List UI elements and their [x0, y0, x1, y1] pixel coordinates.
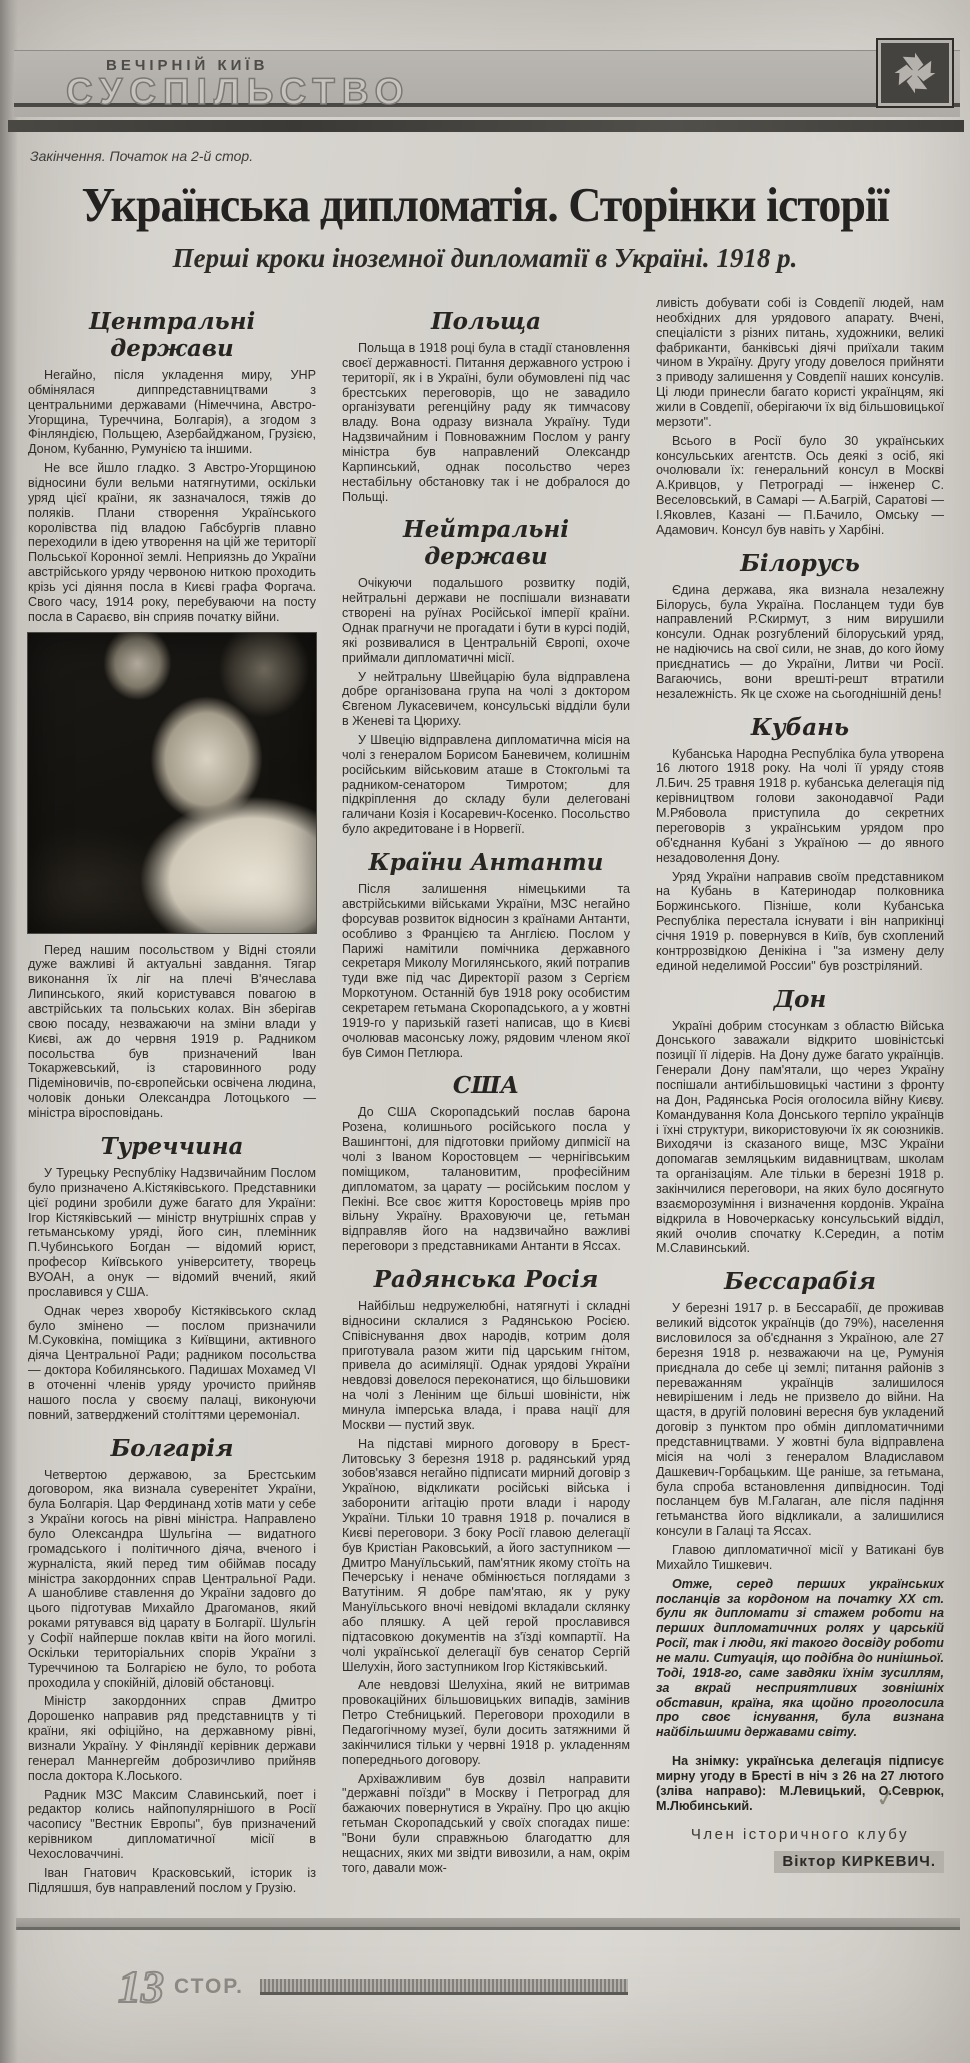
- body-paragraph: Польща в 1918 році була в стадії становл…: [342, 341, 630, 504]
- article-title: Українська дипломатія. Сторінки історії: [10, 176, 960, 232]
- body-paragraph: Негайно, після укладення миру, УНР обмін…: [28, 368, 316, 457]
- article-column-3: ливість добувати собі із Совдепії людей,…: [656, 296, 944, 1900]
- section-heading: Бессарабія: [656, 1268, 944, 1295]
- body-paragraph: На підставі мирного договору в Брест-Лит…: [342, 1437, 630, 1675]
- body-paragraph: У Турецьку Республіку Надзвичайним Посло…: [28, 1166, 316, 1300]
- section-heading: Країни Антанти: [342, 849, 630, 876]
- body-paragraph: Однак через хворобу Кістяківського склад…: [28, 1304, 316, 1423]
- body-paragraph: Іван Гнатович Красковський, історик із П…: [28, 1866, 316, 1896]
- section-heading: США: [342, 1072, 630, 1099]
- newspaper-sheet: ВЕЧІРНІЙ КИЇВ СУСПІЛЬСТВО Зак: [0, 0, 970, 2063]
- page-number: 13: [118, 1964, 164, 2010]
- delegation-photo: [28, 633, 316, 933]
- masthead: ВЕЧІРНІЙ КИЇВ СУСПІЛЬСТВО: [0, 0, 970, 132]
- scan-edge-shadow: [0, 0, 18, 2063]
- body-paragraph: Уряд України направив своїм представнико…: [656, 870, 944, 974]
- body-paragraph: Очікуючи подальшого розвитку подій, нейт…: [342, 576, 630, 665]
- body-paragraph: Главою дипломатичної місії у Ватикані бу…: [656, 1543, 944, 1573]
- section-heading: Білорусь: [656, 550, 944, 577]
- article-column-1: Центральні державиНегайно, після укладен…: [28, 296, 316, 1900]
- byline-club: Член історичного клубу: [656, 1826, 944, 1844]
- body-paragraph: Найбільш недружелюбні, натягнуті і склад…: [342, 1299, 630, 1433]
- article-columns: Центральні державиНегайно, після укладен…: [0, 292, 970, 1900]
- section-heading: Польща: [342, 308, 630, 335]
- body-paragraph: Міністр закордонних справ Дмитро Дорошен…: [28, 1694, 316, 1783]
- article-subtitle: Перші кроки іноземної дипломатії в Украї…: [0, 243, 970, 274]
- body-paragraph: У нейтральну Швейцарію була відправлена …: [342, 670, 630, 729]
- body-paragraph: Україні добрим стосункам з областю Війсь…: [656, 1019, 944, 1257]
- body-paragraph: Після залишення німецькими та австрійськ…: [342, 882, 630, 1060]
- section-heading: Центральні держави: [28, 308, 316, 362]
- body-paragraph: У Швецію відправлена дипломатична місія …: [342, 733, 630, 837]
- body-paragraph: Кубанська Народна Республіка була утворе…: [656, 747, 944, 866]
- footer-stripes: [260, 1979, 628, 1995]
- section-title: СУСПІЛЬСТВО: [66, 71, 410, 113]
- body-paragraph: Не все йшло гладко. З Австро-Угорщиною в…: [28, 461, 316, 624]
- body-paragraph: Але невдовзі Шелухіна, який не витримав …: [342, 1678, 630, 1767]
- section-heading: Радянська Росія: [342, 1266, 630, 1293]
- scanned-newspaper-page: { "masthead": { "paper_name": "ВЕЧІРНІЙ …: [0, 0, 970, 2063]
- page-footer: 13 СТОР.: [0, 1930, 970, 2010]
- section-heading: Дон: [656, 986, 944, 1013]
- body-paragraph: У березні 1917 р. в Бессарабії, де прожи…: [656, 1301, 944, 1539]
- article-bottom-rule: [16, 1918, 960, 1930]
- body-paragraph: Перед нашим посольством у Відні стояли д…: [28, 943, 316, 1121]
- body-paragraph: Всього в Росії було 30 українських консу…: [656, 434, 944, 538]
- body-paragraph: Радник МЗС Максим Славинський, поет і ре…: [28, 1788, 316, 1862]
- body-paragraph: До США Скоропадський послав барона Розен…: [342, 1105, 630, 1254]
- body-paragraph: Архіважливим був дозвіл направити "держа…: [342, 1772, 630, 1876]
- section-heading: Нейтральні держави: [342, 516, 630, 570]
- byline-author: Віктор КИРКЕВИЧ.: [774, 1851, 944, 1873]
- pinwheel-star-icon: [889, 49, 941, 97]
- masthead-bar: [8, 120, 964, 132]
- photo-caption: На знімку: українська делегація підписує…: [656, 1754, 944, 1813]
- body-paragraph: Єдина держава, яка визнала незалежну Біл…: [656, 583, 944, 702]
- pencil-check-mark: ✓: [874, 1783, 898, 1815]
- section-heading: Туреччина: [28, 1133, 316, 1160]
- section-heading: Болгарія: [28, 1435, 316, 1462]
- newspaper-logo: [876, 38, 954, 108]
- kicker: Закінчення. Початок на 2-й стор.: [30, 148, 970, 164]
- conclusion-paragraph: Отже, серед перших українських посланців…: [656, 1577, 944, 1740]
- page-number-label: СТОР.: [174, 1975, 244, 1999]
- body-paragraph-continuation: ливість добувати собі із Совдепії людей,…: [656, 296, 944, 430]
- body-paragraph: Четвертою державою, за Брестським догово…: [28, 1468, 316, 1691]
- masthead-band: ВЕЧІРНІЙ КИЇВ СУСПІЛЬСТВО: [14, 50, 960, 117]
- article-column-2: ПольщаПольща в 1918 році була в стадії с…: [342, 296, 630, 1900]
- section-heading: Кубань: [656, 714, 944, 741]
